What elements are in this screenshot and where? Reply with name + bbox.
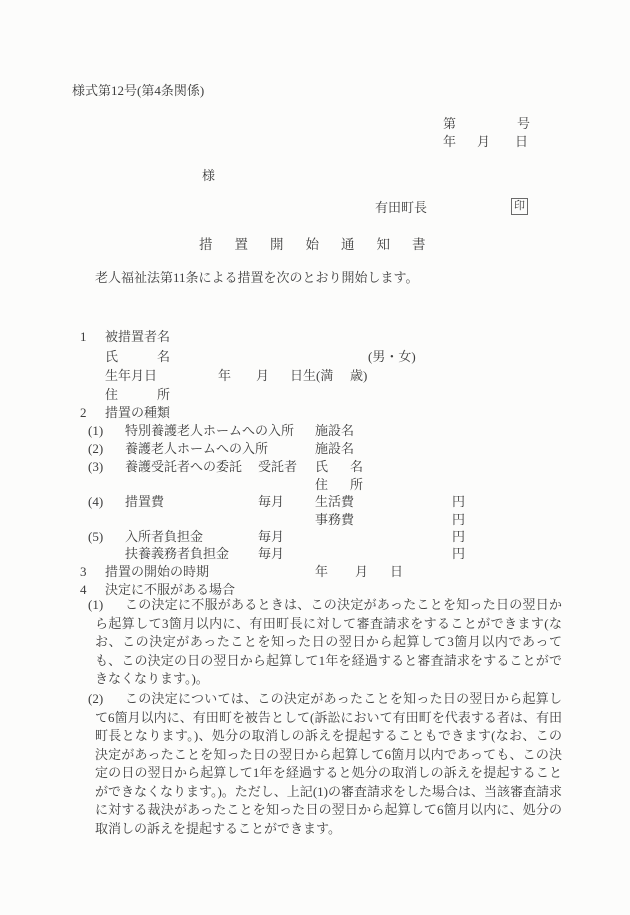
birth-month-label: 月 <box>256 369 269 383</box>
office-cost-label: 事務費 <box>315 513 354 527</box>
resident-charge-label: 入所者負担金 <box>125 530 203 544</box>
trustee-address-label-kanji2: 所 <box>350 478 363 492</box>
item3-label: 養護受託者への委託 <box>125 460 242 474</box>
birth-age-label: 歳) <box>350 369 367 383</box>
living-cost-label: 生活費 <box>315 495 354 509</box>
seal-stamp: 印 <box>511 198 528 215</box>
birth-date-label: 生年月日 <box>105 369 157 383</box>
document-title: 措置開始通知書 <box>199 233 448 253</box>
section1-heading: 被措置者名 <box>105 330 170 344</box>
start-month-label: 月 <box>355 565 368 579</box>
trustee-label: 受託者 <box>258 460 297 474</box>
form-label: 様式第12号(第4条関係) <box>72 84 204 98</box>
facility-name-label-2: 施設名 <box>315 442 354 456</box>
monthly-label-2: 毎月 <box>258 530 284 544</box>
yen-label-4: 円 <box>452 547 465 561</box>
section2-number: 2 <box>80 406 87 420</box>
trustee-name-label-kanji2: 名 <box>350 460 363 474</box>
monthly-label-3: 毎月 <box>258 547 284 561</box>
name-label-kanji2: 名 <box>157 350 170 364</box>
supporter-charge-label: 扶養義務者負担金 <box>125 547 229 561</box>
trustee-address-label-kanji1: 住 <box>315 478 328 492</box>
section1-number: 1 <box>80 330 87 344</box>
intro-sentence: 老人福祉法第11条による措置を次のとおり開始します。 <box>95 271 418 285</box>
notice-document-page: 様式第12号(第4条関係) 第 号 年 月 日 様 有田町長 印 措置開始通知書… <box>0 0 630 915</box>
yen-label-3: 円 <box>452 530 465 544</box>
doc-number-prefix: 第 <box>443 117 456 131</box>
item3-mark: (3) <box>88 460 103 474</box>
sex-options: (男・女) <box>368 350 416 364</box>
birth-year-label: 年 <box>218 369 231 383</box>
birth-day-label: 日生(満 <box>290 369 333 383</box>
addressee-honorific: 様 <box>202 169 215 183</box>
trustee-name-label-kanji1: 氏 <box>315 460 328 474</box>
item1-mark: (1) <box>88 424 103 438</box>
issue-date-year-label: 年 <box>443 135 456 149</box>
address-label-kanji2: 所 <box>157 388 170 402</box>
item2-label: 養護老人ホームへの入所 <box>125 442 268 456</box>
appeal-paragraph1: この決定に不服があるときは、この決定があったことを知った日の翌日から起算して3箇… <box>95 596 562 689</box>
section3-heading: 措置の開始の時期 <box>105 565 209 579</box>
name-label-kanji1: 氏 <box>105 350 118 364</box>
measure-cost-label: 措置費 <box>125 495 164 509</box>
item4-mark: (4) <box>88 495 103 509</box>
item2-mark: (2) <box>88 442 103 456</box>
start-day-label: 日 <box>390 565 403 579</box>
doc-number-suffix: 号 <box>517 117 530 131</box>
start-year-label: 年 <box>315 565 328 579</box>
facility-name-label-1: 施設名 <box>315 424 354 438</box>
section4-number: 4 <box>80 583 87 597</box>
issue-date-day-label: 日 <box>515 135 528 149</box>
section2-heading: 措置の種類 <box>105 406 170 420</box>
yen-label-2: 円 <box>452 513 465 527</box>
section4-heading: 決定に不服がある場合 <box>105 583 235 597</box>
item1-label: 特別養護老人ホームへの入所 <box>125 424 294 438</box>
appeal-paragraph2: この決定については、この決定があったことを知った日の翌日から起算して6箇月以内に… <box>95 690 562 838</box>
address-label-kanji1: 住 <box>105 388 118 402</box>
issue-date-month-label: 月 <box>477 135 490 149</box>
issuer-name: 有田町長 <box>375 201 427 215</box>
item5-mark: (5) <box>88 530 103 544</box>
monthly-label-1: 毎月 <box>258 495 284 509</box>
yen-label-1: 円 <box>452 495 465 509</box>
section3-number: 3 <box>80 565 87 579</box>
